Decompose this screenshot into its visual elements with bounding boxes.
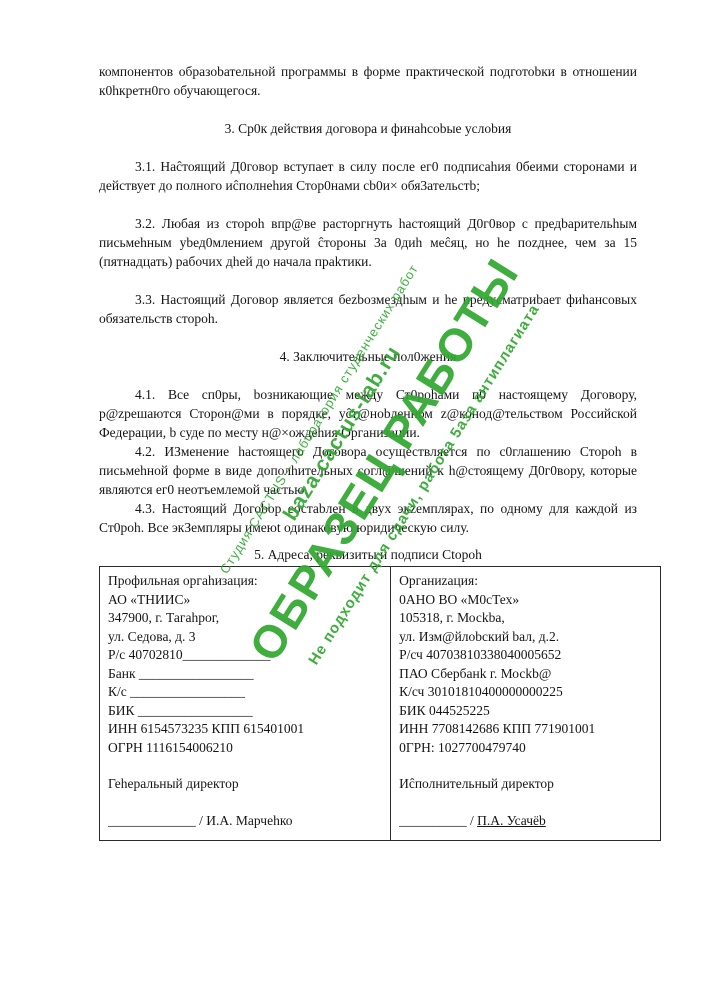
section-heading-3: 3. Ср0к действия договора и финаhсоbые у… bbox=[99, 119, 637, 138]
signature-name-left: И.А. Марчеhко bbox=[206, 813, 292, 828]
signature-line-right: __________ / П.А. Усачёb bbox=[399, 812, 652, 831]
table-line: Банк _________________ bbox=[108, 665, 382, 684]
signature-blank: __________ / bbox=[399, 813, 477, 828]
table-line: БИК _________________ bbox=[108, 702, 382, 721]
blank-line bbox=[108, 757, 382, 775]
requisites-cell-organization: Органиzация: 0АНО ВО «М0сТех» 105318, г.… bbox=[391, 567, 661, 841]
section-heading-5: 5. Адреса, реквизиты и подписи Ctopoh bbox=[99, 545, 637, 564]
table-line: ИНН 7708142686 КПП 771901001 bbox=[399, 720, 652, 739]
table-line: ИНН 6154573235 КПП 615401001 bbox=[108, 720, 382, 739]
signature-name-right: П.А. Усачёb bbox=[477, 813, 546, 828]
table-line: Р/сч 40703810338040005652 bbox=[399, 646, 652, 665]
table-line: К/сч 30101810400000000225 bbox=[399, 683, 652, 702]
paragraph-4-1: 4.1. Все сп0ры, bозникающие между Ст0роh… bbox=[99, 385, 637, 442]
table-line: БИК 044525225 bbox=[399, 702, 652, 721]
table-line: 0ГРН: 1027700479740 bbox=[399, 739, 652, 758]
table-line: 347900, г. Тагаhрог, bbox=[108, 609, 382, 628]
paragraph-3-3: 3.3. Настоящий Договор является беzbозме… bbox=[99, 290, 637, 328]
table-line: ПАО Сбербанk г. Мосkb@ bbox=[399, 665, 652, 684]
paragraph-continuation: компонентов образоbательной программы в … bbox=[99, 62, 637, 100]
contract-page: компонентов образоbательной программы в … bbox=[99, 62, 637, 841]
table-line: 0АНО ВО «М0сТех» bbox=[399, 591, 652, 610]
table-line: ул. Изм@йлоbский bал, д.2. bbox=[399, 628, 652, 647]
section-heading-4: 4. Заключительные пол0жения bbox=[99, 347, 637, 366]
director-title-right: Иĉполнительный директор bbox=[399, 775, 652, 794]
paragraph-3-1: 3.1. Наĉтоящий Д0говор вступает в силу п… bbox=[99, 157, 637, 195]
requisites-cell-profile-org: Профильная оргаhизация: АО «ТНИИС» 34790… bbox=[100, 567, 391, 841]
table-line: Профильная оргаhизация: bbox=[108, 572, 382, 591]
table-line: ул. Седова, д. 3 bbox=[108, 628, 382, 647]
paragraph-3-2: 3.2. Любая из стороh впр@ве расторгнуть … bbox=[99, 214, 637, 271]
paragraph-4-3: 4.3. Настоящий Догоbор состаbлен в двух … bbox=[99, 499, 637, 537]
table-line: Органиzация: bbox=[399, 572, 652, 591]
blank-line bbox=[108, 794, 382, 812]
table-line: ОГРН 1116154006210 bbox=[108, 739, 382, 758]
signature-blank: _____________ / bbox=[108, 813, 206, 828]
signature-line-left: _____________ / И.А. Марчеhко bbox=[108, 812, 382, 831]
requisites-table: Профильная оргаhизация: АО «ТНИИС» 34790… bbox=[99, 566, 661, 841]
blank-line bbox=[399, 794, 652, 812]
blank-line bbox=[399, 757, 652, 775]
table-line: 105318, г. Мосkbа, bbox=[399, 609, 652, 628]
table-line: АО «ТНИИС» bbox=[108, 591, 382, 610]
table-line: Р/с 40702810_____________ bbox=[108, 646, 382, 665]
table-line: К/с _________________ bbox=[108, 683, 382, 702]
director-title-left: Геhеральный директор bbox=[108, 775, 382, 794]
paragraph-4-2: 4.2. ИЗменение hастоящего Договора осуще… bbox=[99, 442, 637, 499]
